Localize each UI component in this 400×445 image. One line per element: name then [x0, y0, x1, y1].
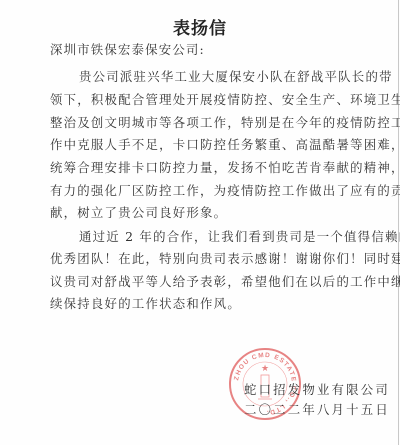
- svg-text:★: ★: [261, 364, 269, 374]
- paragraph1-line: 有力的强化厂区防控工作，为疫情防控工作做出了应有的贡: [50, 181, 400, 199]
- paragraph1-line: 整治及创文明城市等各项工作，特别是在今年的疫情防控工: [50, 113, 400, 131]
- paragraph1-line: 献，树立了贵公司良好形象。: [50, 203, 227, 221]
- letter-title: 表扬信: [0, 14, 400, 39]
- signature-date: 二〇二二年八月十五日: [244, 400, 390, 418]
- paragraph2-line: 优秀团队！在此，特别向贵司表示感谢！谢谢你们！同时建: [50, 249, 400, 267]
- paragraph1-line: 作中克服人手不足，卡口防控任务繁重、高温酷暑等困难，: [50, 135, 400, 153]
- paragraph1-line: 统筹合理安排卡口防控力量，发扬不怕吃苦肯奉献的精神，: [50, 158, 400, 176]
- paragraph2-line: 续保持良好的工作状态和作风。: [50, 294, 241, 312]
- paragraph2-line: 议贵司对舒战平等人给予表彰，希望他们在以后的工作中继: [50, 272, 400, 290]
- signature-company: 蛇口招发物业有限公司: [244, 380, 390, 398]
- salutation: 深圳市铁保宏泰保安公司:: [50, 40, 205, 58]
- letter-page: 表扬信 深圳市铁保宏泰保安公司: 贵公司派驻兴华工业大厦保安小队在舒战平队长的带…: [0, 0, 399, 445]
- paragraph1-line: 领下，积极配合管理处开展疫情防控、安全生产、环境卫生: [50, 90, 400, 108]
- paragraph2-line: 通过近 2 年的合作，让我们看到贵司是一个值得信赖的: [79, 227, 400, 245]
- paragraph1-line: 贵公司派驻兴华工业大厦保安小队在舒战平队长的带: [79, 67, 393, 85]
